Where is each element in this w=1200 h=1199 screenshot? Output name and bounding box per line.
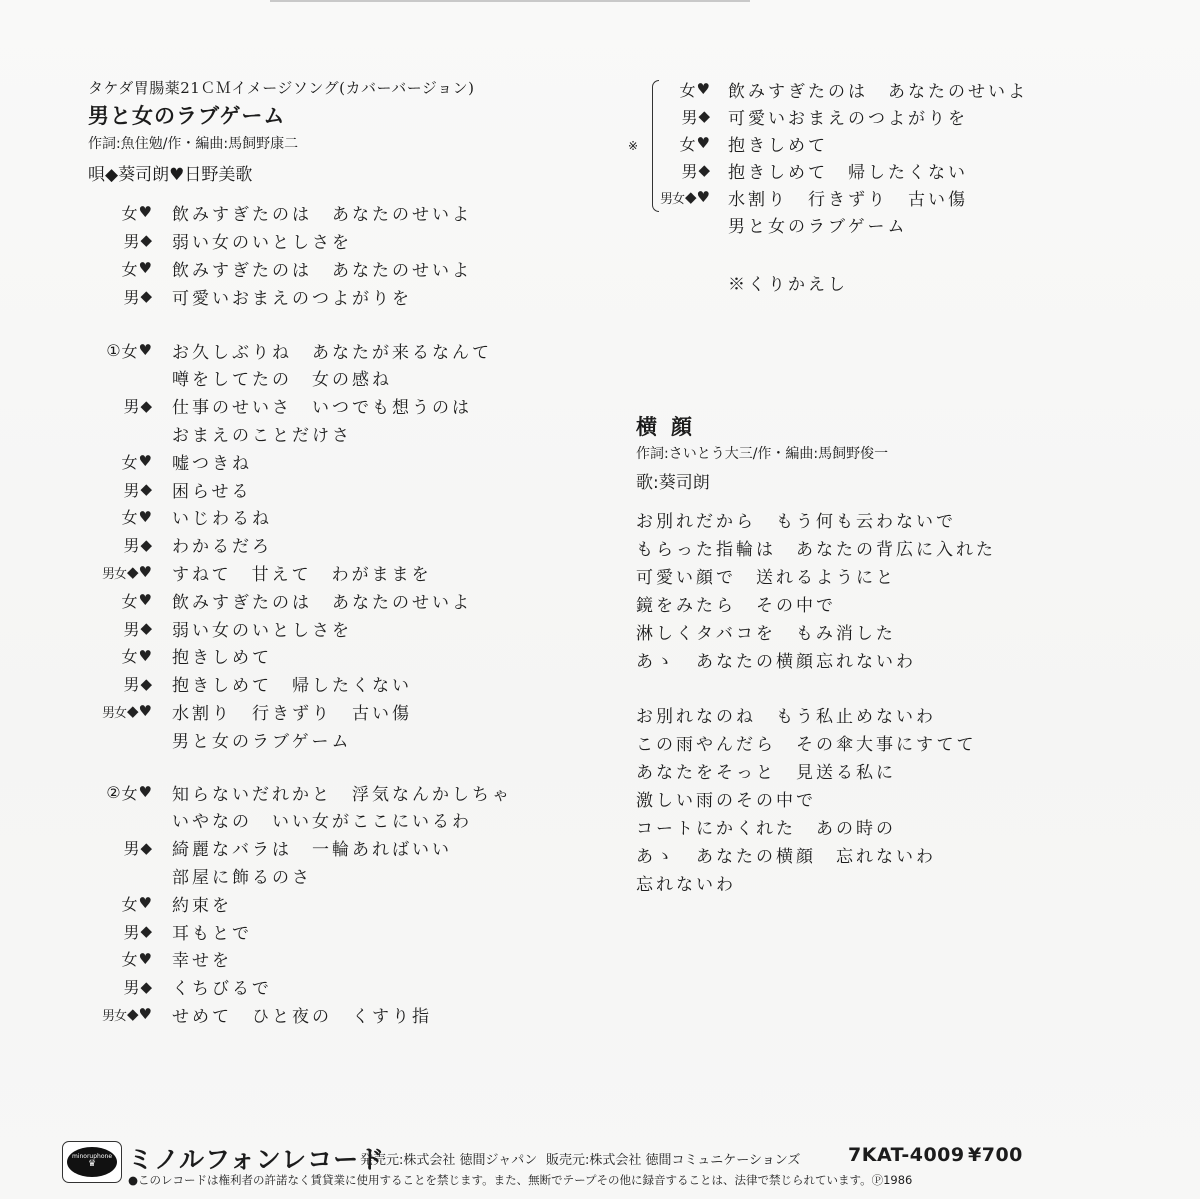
lyric-line: あなたをそっと 見送る私に	[636, 756, 896, 784]
song1-title: 男と女のラブゲーム	[88, 100, 285, 130]
lyric-line: 可愛い顔で 送れるようにと	[636, 561, 896, 589]
lyric-line: いやなの いい女がここにいるわ	[80, 806, 472, 834]
singer-role: 男◆	[636, 159, 710, 182]
singer-role: 男◆	[80, 920, 152, 943]
lyric-text: 仕事のせいさ いつでも想うのは	[172, 393, 472, 418]
lyric-text: いじわるね	[172, 504, 272, 529]
lyric-text: いやなの いい女がここにいるわ	[172, 807, 472, 832]
lyric-line: 鏡をみたら その中で	[636, 589, 836, 617]
lyric-text: 弱い女のいとしさを	[172, 616, 352, 641]
lyric-line: お別れだから もう何も云わないで	[636, 505, 956, 533]
lyric-text: 約束を	[172, 891, 232, 916]
singer-role: 男女◆♥	[80, 702, 152, 721]
singer-male: 葵司朗	[118, 165, 169, 185]
role-label: 男	[123, 672, 139, 695]
heart-icon: ♥	[139, 341, 152, 359]
lyric-line: 女♥飲みすぎたのは あなたのせいよ	[80, 198, 472, 226]
role-label: 男	[123, 533, 139, 556]
lyric-text: 幸せを	[172, 946, 232, 971]
lyric-line: 男◆耳もとで	[80, 917, 252, 945]
lyric-text: おまえのことだけさ	[172, 421, 352, 446]
lyric-text: 飲みすぎたのは あなたのせいよ	[728, 77, 1028, 102]
singer-role: 女♥	[636, 78, 710, 101]
diamond-heart-icon: ◆♥	[127, 563, 152, 581]
diamond-icon: ◆	[698, 161, 710, 179]
role-label: 男	[123, 394, 139, 417]
singer-role: 男女◆♥	[636, 188, 710, 207]
role-label: 男	[123, 478, 139, 501]
lyric-line: あゝ あなたの横顔 忘れないわ	[636, 840, 936, 868]
lyric-line: 男女◆♥水割り 行きずり 古い傷	[636, 183, 968, 211]
top-edge-line	[270, 0, 750, 2]
lyric-text: あなたをそっと 見送る私に	[636, 758, 896, 783]
singer-role: 女♥	[80, 589, 152, 612]
heart-icon: ♥	[139, 591, 152, 609]
role-label: 男	[681, 159, 697, 182]
song1-credits: 作詞:魚住勉/作・編曲:馬飼野康二	[88, 133, 298, 153]
lyric-line: 男と女のラブゲーム	[636, 210, 908, 238]
song1-singers: 唄◆葵司朗♥日野美歌	[88, 160, 252, 185]
lyric-line: お別れなのね もう私止めないわ	[636, 700, 936, 728]
heart-icon: ♥	[139, 647, 152, 665]
singer-role: ①女♥	[80, 339, 152, 362]
diamond-icon: ◆	[140, 480, 152, 498]
song1-subtitle: タケダ胃腸薬21ＣＭイメージソング(カバーバージョン)	[88, 77, 474, 98]
lyric-text: 淋しくタバコを もみ消した	[636, 619, 896, 644]
diamond-icon: ◆	[140, 287, 152, 305]
lyric-text: 部屋に飾るのさ	[172, 863, 312, 888]
copyright-notice: ●このレコードは権利者の許諾なく賃貸業に使用することを禁じます。また、無断でテー…	[128, 1172, 912, 1188]
record-label-name: ミノルフォンレコード	[128, 1140, 385, 1176]
lyric-line: 女♥いじわるね	[80, 503, 272, 531]
singer-role: 女♥	[80, 947, 152, 970]
singer-role: 男◆	[80, 229, 152, 252]
lyric-line: 女♥幸せを	[80, 945, 232, 973]
lyric-text: 抱きしめて	[728, 131, 828, 156]
song2-credits: 作詞:さいとう大三/作・編曲:馬飼野俊一	[636, 443, 888, 463]
lyric-line: 女♥飲みすぎたのは あなたのせいよ	[80, 254, 472, 282]
lyric-line: 男◆弱い女のいとしさを	[80, 614, 352, 642]
heart-icon: ♥	[697, 134, 710, 152]
role-label: 男	[123, 920, 139, 943]
singer-role: 男女◆♥	[80, 1005, 152, 1024]
lyric-text: 水割り 行きずり 古い傷	[728, 185, 968, 210]
diamond-icon: ◆	[105, 165, 118, 185]
lyric-text: もらった指輪は あなたの背広に入れた	[636, 535, 996, 560]
lyric-text: 綺麗なバラは 一輪あればいい	[172, 835, 452, 860]
lyric-text: 飲みすぎたのは あなたのせいよ	[172, 588, 472, 613]
lyric-text: 知らないだれかと 浮気なんかしちゃ	[172, 780, 512, 805]
lyric-line: もらった指輪は あなたの背広に入れた	[636, 533, 996, 561]
lyric-text: 可愛い顔で 送れるようにと	[636, 563, 896, 588]
singer-role: 女♥	[80, 505, 152, 528]
lyric-text: わかるだろ	[172, 532, 272, 557]
diamond-heart-icon: ◆♥	[127, 702, 152, 720]
lyric-line: 男◆わかるだろ	[80, 531, 272, 559]
lyric-line: 忘れないわ	[636, 868, 736, 896]
role-label: 男	[123, 836, 139, 859]
role-label: 女	[122, 339, 138, 362]
crown-icon: ♛	[88, 1160, 96, 1169]
role-label: 男女	[660, 188, 684, 207]
singer-role: 男◆	[80, 672, 152, 695]
lyric-line: コートにかくれた あの時の	[636, 812, 896, 840]
lyric-line: 男◆可愛いおまえのつよがりを	[80, 282, 412, 310]
singer-role: 女♥	[80, 644, 152, 667]
lyric-text: 男と女のラブゲーム	[728, 212, 908, 237]
singer-role: 女♥	[80, 201, 152, 224]
lyric-line: 女♥約束を	[80, 889, 232, 917]
lyric-text: 抱きしめて	[172, 643, 272, 668]
heart-icon: ♥	[139, 783, 152, 801]
verse-number: ①	[106, 341, 120, 360]
role-label: 女	[122, 201, 138, 224]
singer-role: 男◆	[80, 533, 152, 556]
lyric-line: 男◆可愛いおまえのつよがりを	[636, 102, 968, 130]
singers-prefix: 唄	[88, 165, 105, 185]
lyric-text: お久しぶりね あなたが来るなんて	[172, 338, 492, 363]
heart-icon: ♥	[139, 894, 152, 912]
lyric-text: 抱きしめて 帰したくない	[172, 671, 412, 696]
verse-number: ②	[106, 783, 120, 802]
singer-role: 男女◆♥	[80, 563, 152, 582]
diamond-heart-icon: ◆♥	[685, 188, 710, 206]
lyric-text: この雨やんだら その傘大事にすてて	[636, 730, 977, 755]
lyric-text: せめて ひと夜の くすり指	[172, 1002, 432, 1027]
lyric-text: コートにかくれた あの時の	[636, 814, 896, 839]
role-label: 男	[681, 105, 697, 128]
heart-icon: ♥	[139, 452, 152, 470]
lyric-line: 男◆抱きしめて 帰したくない	[636, 156, 968, 184]
role-label: 女	[680, 132, 696, 155]
lyric-text: あゝ あなたの横顔 忘れないわ	[636, 842, 936, 867]
singer-role: 女♥	[80, 450, 152, 473]
role-label: 女	[122, 257, 138, 280]
lyric-text: 困らせる	[172, 477, 252, 502]
lyric-text: 鏡をみたら その中で	[636, 591, 836, 616]
role-label: 女	[122, 892, 138, 915]
diamond-icon: ◆	[140, 397, 152, 415]
lyric-line: 部屋に飾るのさ	[80, 861, 312, 889]
lyric-line: 男◆綺麗なバラは 一輪あればいい	[80, 834, 452, 862]
diamond-icon: ◆	[140, 839, 152, 857]
lyric-text: あゝ あなたの横顔忘れないわ	[636, 647, 916, 672]
lyric-line: 噂をしてたの 女の感ね	[80, 364, 392, 392]
diamond-icon: ◆	[140, 922, 152, 940]
role-label: 男	[123, 285, 139, 308]
role-label: 女	[122, 644, 138, 667]
lyric-text: 水割り 行きずり 古い傷	[172, 699, 412, 724]
singer-role: 男◆	[80, 975, 152, 998]
publisher: 発売元:株式会社 徳間ジャパン	[360, 1149, 537, 1168]
heart-icon: ♥	[169, 165, 184, 185]
lyric-text: 嘘つきね	[172, 449, 252, 474]
lyric-text: くちびるで	[172, 974, 272, 999]
diamond-heart-icon: ◆♥	[127, 1005, 152, 1023]
lyric-line: 女♥嘘つきね	[80, 447, 252, 475]
singer-role: 女♥	[636, 132, 710, 155]
lyric-line: 男◆弱い女のいとしさを	[80, 226, 352, 254]
lyric-text: 弱い女のいとしさを	[172, 228, 352, 253]
lyric-line: 男◆仕事のせいさ いつでも想うのは	[80, 392, 472, 420]
singer-role: 男◆	[636, 105, 710, 128]
lyric-line: 男女◆♥せめて ひと夜の くすり指	[80, 1000, 432, 1028]
lyric-text: 忘れないわ	[636, 870, 736, 895]
lyric-text: お別れなのね もう私止めないわ	[636, 702, 936, 727]
diamond-icon: ◆	[140, 619, 152, 637]
role-label: 男女	[102, 702, 126, 721]
diamond-icon: ◆	[140, 978, 152, 996]
lyric-line: 女♥抱きしめて	[80, 642, 272, 670]
role-label: 女	[122, 450, 138, 473]
minoruphone-logo: minoruphone ♛	[62, 1141, 122, 1183]
heart-icon: ♥	[139, 508, 152, 526]
role-label: 女	[122, 781, 138, 804]
lyric-line: 女♥飲みすぎたのは あなたのせいよ	[80, 586, 472, 614]
lyric-line: 女♥飲みすぎたのは あなたのせいよ	[636, 75, 1028, 103]
singer-role: 男◆	[80, 478, 152, 501]
heart-icon: ♥	[139, 259, 152, 277]
role-label: 男	[123, 229, 139, 252]
lyric-line: 男◆困らせる	[80, 475, 252, 503]
lyric-text: 激しい雨のその中で	[636, 786, 816, 811]
lyric-line: おまえのことだけさ	[80, 419, 352, 447]
catalog-number: 7KAT-4009	[848, 1144, 965, 1166]
lyric-text: 可愛いおまえのつよがりを	[172, 284, 412, 309]
lyric-line: ①女♥お久しぶりね あなたが来るなんて	[80, 336, 492, 364]
lyric-line: 男女◆♥水割り 行きずり 古い傷	[80, 697, 412, 725]
distributor: 販売元:株式会社 徳間コミュニケーションズ	[546, 1149, 800, 1168]
lyric-text: 耳もとで	[172, 919, 252, 944]
lyric-line: 男◆くちびるで	[80, 973, 272, 1001]
role-label: 女	[680, 78, 696, 101]
diamond-icon: ◆	[698, 107, 710, 125]
singer-role: 男◆	[80, 394, 152, 417]
singer-role: ②女♥	[80, 781, 152, 804]
lyric-line: 女♥抱きしめて	[636, 129, 828, 157]
lyric-line: 男女◆♥すねて 甘えて わがままを	[80, 558, 432, 586]
lyric-text: 抱きしめて 帰したくない	[728, 158, 968, 183]
lyric-text: 飲みすぎたのは あなたのせいよ	[172, 200, 472, 225]
diamond-icon: ◆	[140, 675, 152, 693]
lyric-line: この雨やんだら その傘大事にすてて	[636, 728, 977, 756]
lyric-text: 可愛いおまえのつよがりを	[728, 104, 968, 129]
lyric-line: 淋しくタバコを もみ消した	[636, 617, 896, 645]
lyric-line: 男◆抱きしめて 帰したくない	[80, 670, 412, 698]
lyric-line: 激しい雨のその中で	[636, 784, 816, 812]
singer-female: 日野美歌	[184, 165, 252, 185]
role-label: 女	[122, 589, 138, 612]
logo-oval: minoruphone ♛	[67, 1147, 117, 1177]
lyric-line: ②女♥知らないだれかと 浮気なんかしちゃ	[80, 778, 512, 806]
heart-icon: ♥	[139, 203, 152, 221]
role-label: 女	[122, 947, 138, 970]
role-label: 男女	[102, 563, 126, 582]
heart-icon: ♥	[139, 950, 152, 968]
lyric-text: 男と女のラブゲーム	[172, 727, 352, 752]
lyric-text: 飲みすぎたのは あなたのせいよ	[172, 256, 472, 281]
singer-role: 女♥	[80, 892, 152, 915]
lyric-text: 噂をしてたの 女の感ね	[172, 365, 392, 390]
singer-role: 男◆	[80, 617, 152, 640]
singer-role: 男◆	[80, 285, 152, 308]
lyric-line: あゝ あなたの横顔忘れないわ	[636, 645, 916, 673]
lyric-text: お別れだから もう何も云わないで	[636, 507, 956, 532]
lyric-text: すねて 甘えて わがままを	[172, 560, 432, 585]
song2-title: 横顔	[636, 411, 706, 441]
role-label: 男	[123, 617, 139, 640]
singer-role: 男◆	[80, 836, 152, 859]
role-label: 男	[123, 975, 139, 998]
repeat-note: ※くりかえし	[728, 270, 848, 295]
price: ¥700	[968, 1144, 1023, 1166]
lyric-line: 男と女のラブゲーム	[80, 725, 352, 753]
diamond-icon: ◆	[140, 536, 152, 554]
role-label: 男女	[102, 1005, 126, 1024]
heart-icon: ♥	[697, 80, 710, 98]
song2-singer: 歌:葵司朗	[636, 468, 710, 493]
singer-role: 女♥	[80, 257, 152, 280]
role-label: 女	[122, 505, 138, 528]
diamond-icon: ◆	[140, 231, 152, 249]
